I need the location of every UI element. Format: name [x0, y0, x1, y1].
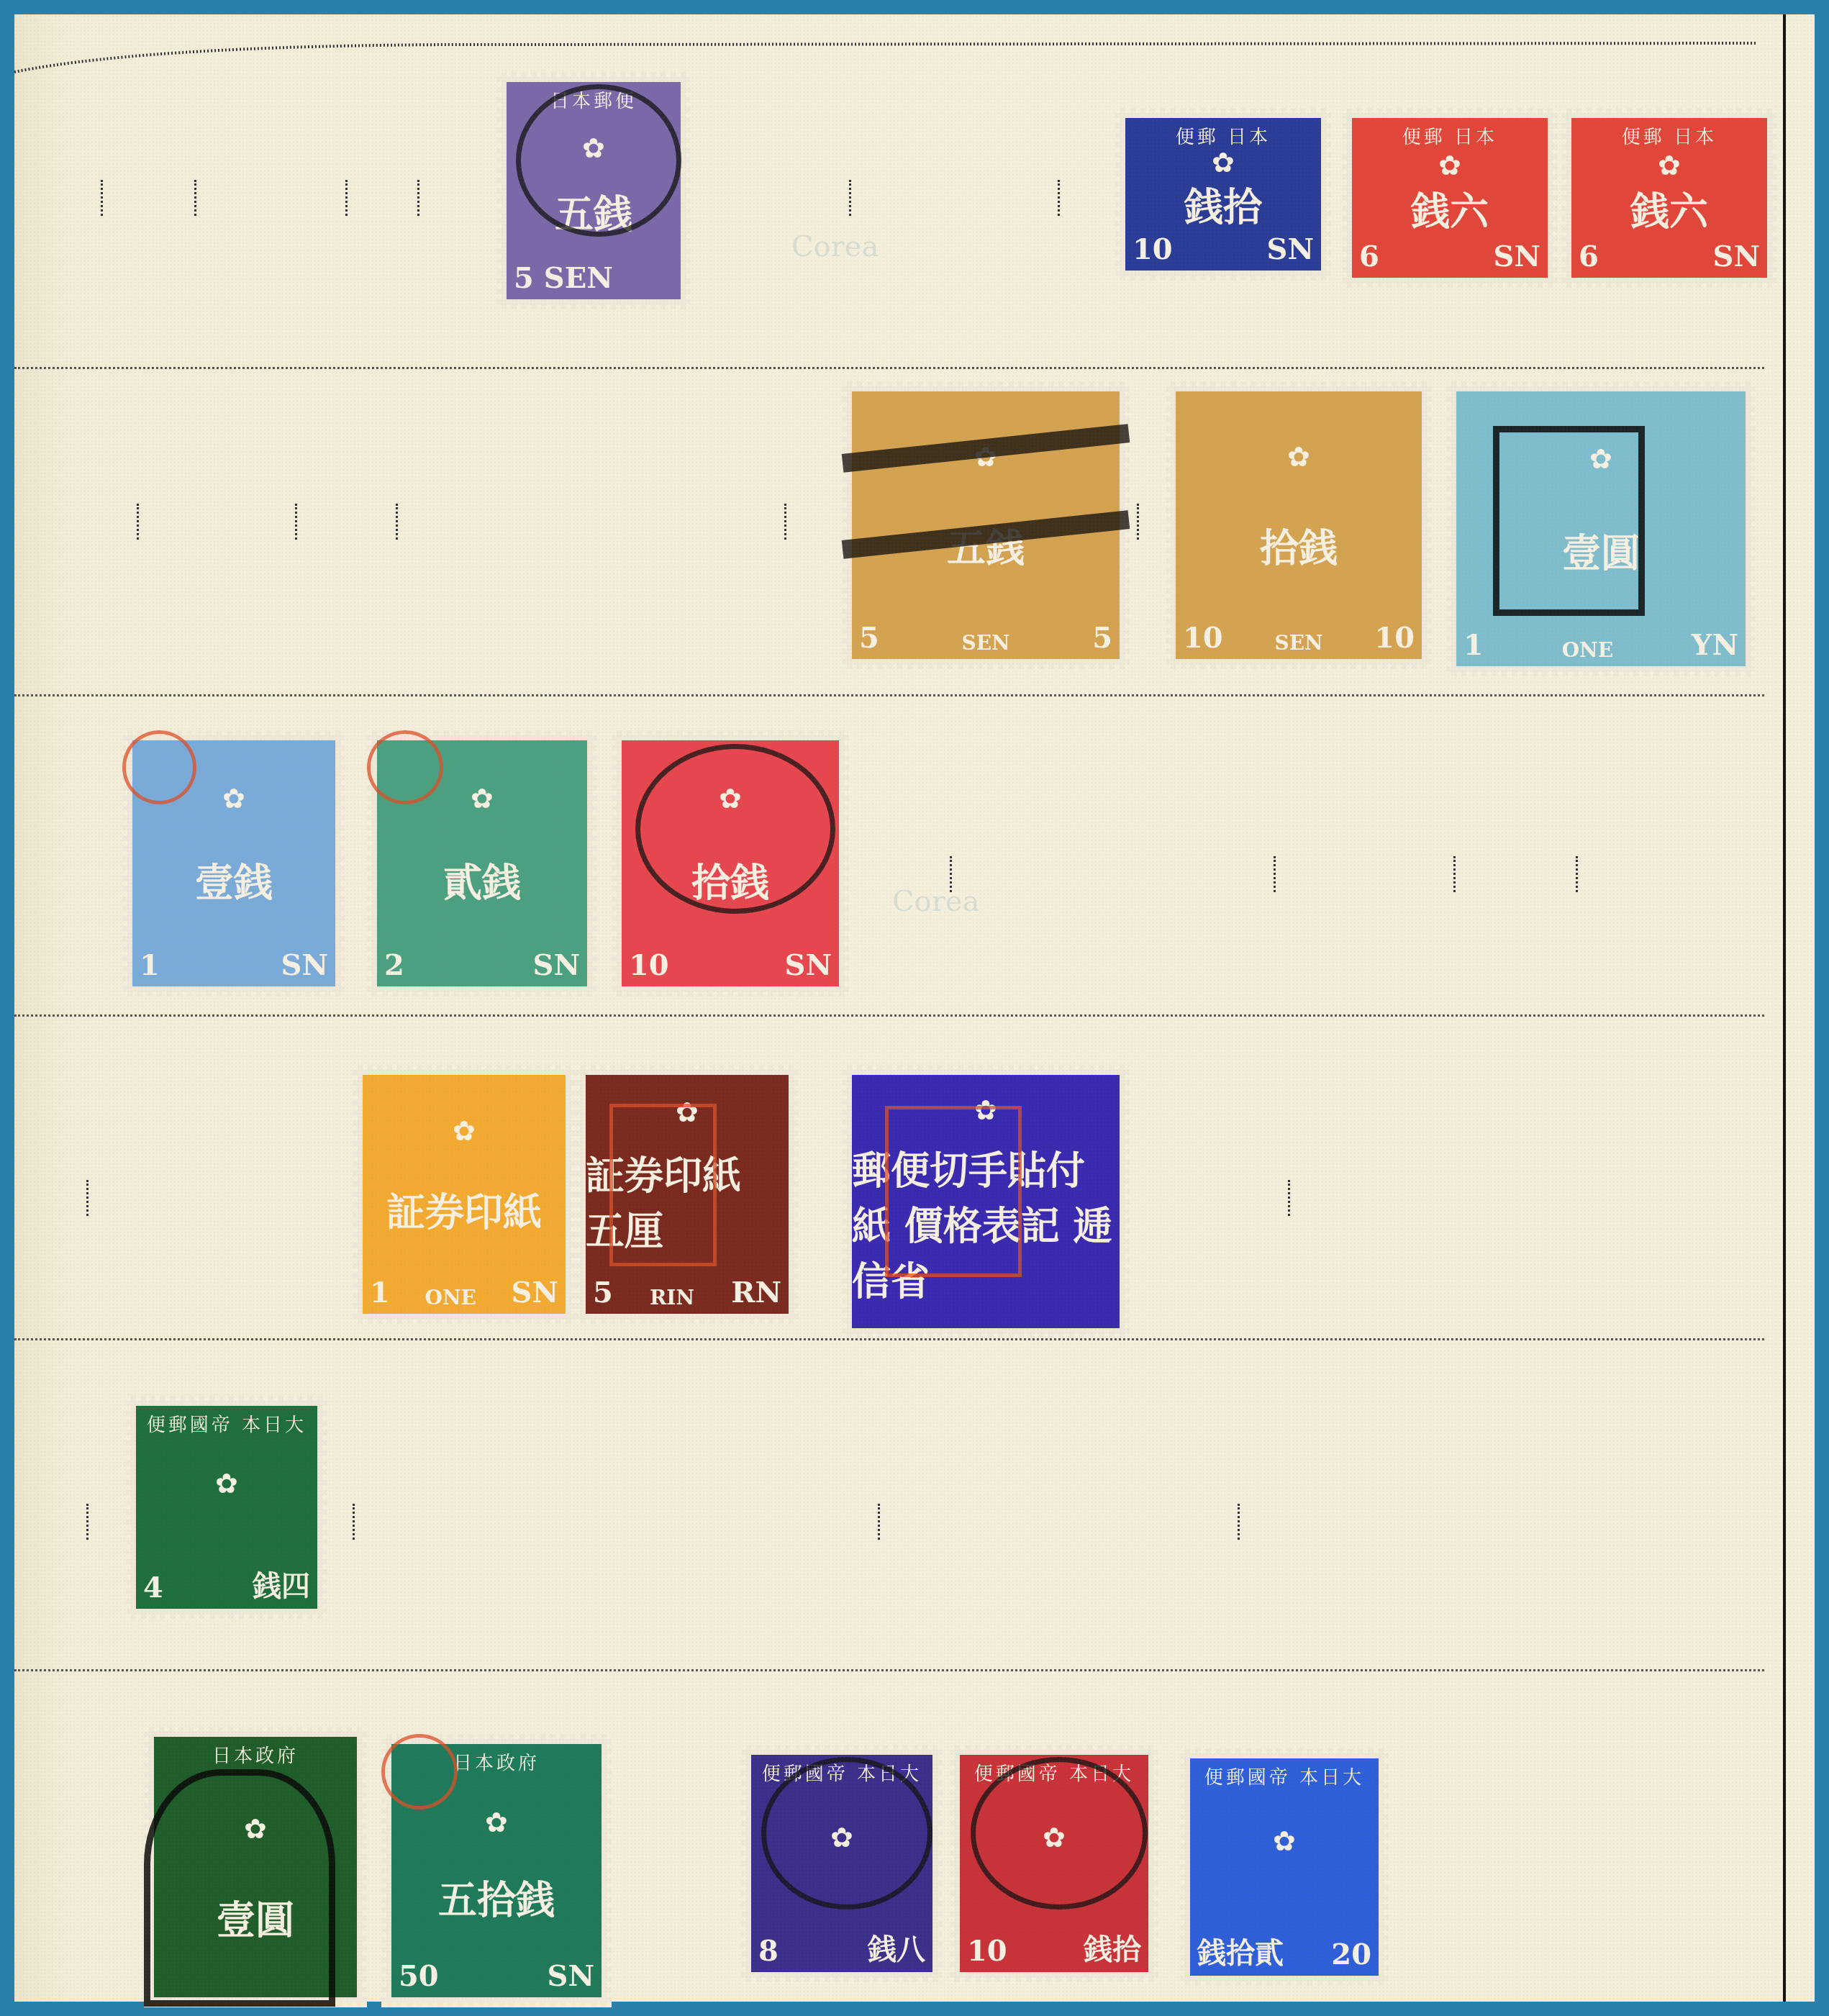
stamp-revenue-10-sen-red: ✿拾銭10SN [612, 730, 849, 996]
stamp-top-text [1456, 391, 1746, 396]
stamp-value-left: 5 SEN [514, 261, 613, 295]
stamp-top-text: 便郵國帝 本日大 [751, 1755, 932, 1786]
stamp-value-left: 10 [629, 948, 669, 982]
stamp-securities-1-sen-orange: ✿証券印紙1ONESN [353, 1065, 576, 1324]
stamp-center-text: 拾銭 [691, 853, 769, 908]
stamp-value-left: 8 [758, 1934, 779, 1968]
tick-mark [878, 1504, 880, 1540]
stamp-face: 便郵 日本✿銭拾10SN [1125, 118, 1321, 271]
stamp-top-text: 便郵 日本 [1352, 118, 1548, 149]
chrysanthemum-icon: ✿ [974, 1096, 997, 1124]
chrysanthemum-icon: ✿ [1589, 445, 1612, 473]
stamp-value-left: 1 [370, 1276, 390, 1309]
tick-mark [1058, 180, 1060, 216]
chrysanthemum-icon: ✿ [974, 443, 997, 471]
stamp-mount-fuji-20-sen: 便郵國帝 本日大✿銭拾貳20 [1180, 1748, 1389, 1986]
stamp-value-left: 1 [1463, 628, 1484, 662]
stamp-value-mid: SEN [961, 631, 1009, 655]
chrysanthemum-icon: ✿ [1438, 152, 1461, 179]
stamp-center-text: 五銭 [555, 184, 632, 240]
row-divider [14, 367, 1764, 369]
stamp-value-right: SN [281, 948, 328, 982]
stamp-top-text: 便郵 日本 [1125, 118, 1321, 149]
stamp-face: 便郵國帝 本日大✿10銭拾 [960, 1755, 1148, 1972]
stamp-top-text [852, 391, 1120, 396]
tick-mark [1576, 856, 1578, 892]
chrysanthemum-icon: ✿ [830, 1824, 853, 1851]
stamp-top-text: 日本郵便 [507, 82, 681, 113]
chrysanthemum-icon: ✿ [1212, 149, 1235, 176]
stamp-center-text: 壹圓 [217, 1890, 294, 1945]
stamp-center-text: 五拾銭 [438, 1870, 555, 1925]
stamp-center-text: 郵便切手貼付紙 價格表記 逓信省 [852, 1140, 1120, 1307]
stamp-value-right: SN [785, 948, 832, 982]
stamp-face: 便郵 日本✿銭六6SN [1352, 118, 1548, 278]
stamp-value-left: 10 [1183, 621, 1223, 655]
stamp-top-text [852, 1075, 1120, 1079]
chrysanthemum-icon: ✿ [1658, 152, 1681, 179]
stamp-top-text: 日本政府 [154, 1737, 357, 1768]
tick-mark [1137, 504, 1139, 540]
chrysanthemum-icon: ✿ [244, 1815, 267, 1843]
stamp-value-left: 10 [967, 1934, 1007, 1968]
stamp-value-left: 10 [1133, 232, 1173, 266]
stamp-face: 日本政府✿五拾銭50SN [391, 1744, 602, 1997]
stamp-top-text [586, 1075, 789, 1079]
stamp-revenue-2-sen-green: ✿貳銭2SN [367, 730, 597, 996]
stamp-revenue-1-sen-blue: ✿壹銭1SN [122, 730, 345, 996]
tick-mark [1274, 856, 1276, 892]
stamp-face: 日本郵便✿五銭5 SEN [507, 82, 681, 299]
stamp-value-left: 2 [384, 948, 404, 982]
stamp-securities-5-rin-brown: ✿証券印紙 五厘5RINRN [576, 1065, 799, 1324]
stamp-face: 便郵 日本✿銭六6SN [1571, 118, 1767, 278]
chrysanthemum-icon: ✿ [471, 785, 494, 812]
stamp-face: 便郵國帝 本日大✿8銭八 [751, 1755, 932, 1972]
stamp-face: ✿証券印紙 五厘5RINRN [586, 1075, 789, 1314]
tick-mark [353, 1504, 355, 1540]
stamp-face: 便郵國帝 本日大✿銭拾貳20 [1190, 1758, 1379, 1976]
chrysanthemum-icon: ✿ [222, 785, 245, 812]
chrysanthemum-icon: ✿ [485, 1809, 508, 1836]
chrysanthemum-icon: ✿ [719, 785, 742, 812]
stamp-value-left: 5 [859, 621, 879, 655]
tick-mark [396, 504, 398, 540]
stamp-revenue-1-yen-green-blue: 日本政府✿壹圓 [144, 1727, 367, 2007]
chrysanthemum-icon: ✿ [1287, 443, 1310, 471]
stamp-revenue-1-yen: ✿壹圓1ONEYN [1446, 381, 1756, 676]
stamp-top-text [1176, 391, 1422, 396]
stamp-face: ✿貳銭2SN [377, 740, 587, 986]
stamp-top-text: 便郵 日本 [1571, 118, 1767, 149]
stamp-value-mid: ONE [425, 1286, 476, 1309]
stamp-value-right: 10 [1374, 621, 1415, 655]
row-divider [14, 1014, 1764, 1017]
stamp-center-text: 証券印紙 [386, 1182, 542, 1238]
ghost-text: Corea [892, 885, 979, 918]
stamp-value-right: SN [1494, 240, 1540, 273]
stamp-value-left: 50 [399, 1959, 439, 1993]
stamp-value-right: SN [1713, 240, 1760, 273]
stamp-center-text: 銭六 [1411, 181, 1489, 237]
stamp-face: ✿壹銭1SN [132, 740, 335, 986]
row-divider [14, 694, 1764, 696]
stamp-value-right: SN [533, 948, 580, 982]
stamp-center-text: 五銭 [947, 518, 1025, 573]
tick-mark [1453, 856, 1456, 892]
stamp-value-mid: ONE [1562, 638, 1613, 662]
stamp-value-left: 5 [593, 1276, 613, 1309]
top-curved-rule [14, 29, 1777, 86]
stamp-value-right: YN [1692, 628, 1738, 662]
chrysanthemum-icon: ✿ [453, 1117, 476, 1145]
stamp-face: 便郵國帝 本日大✿4銭四 [136, 1406, 317, 1609]
stamp-value-right: 5 [1092, 621, 1112, 655]
stamp-top-text: 便郵國帝 本日大 [960, 1755, 1148, 1786]
tick-mark [86, 1180, 88, 1216]
tick-mark [1288, 1180, 1290, 1216]
stamp-value-mid: SEN [1274, 631, 1322, 655]
tick-mark [137, 504, 139, 540]
stamp-top-text [377, 740, 587, 745]
row-divider [14, 1669, 1764, 1671]
stamp-center-text: 銭拾 [1184, 177, 1262, 232]
tick-mark [784, 504, 786, 540]
tick-mark [86, 1504, 88, 1540]
stamp-face: ✿郵便切手貼付紙 價格表記 逓信省 [852, 1075, 1120, 1328]
stamp-postal-savings-violet: ✿郵便切手貼付紙 價格表記 逓信省 [842, 1065, 1130, 1338]
chrysanthemum-icon: ✿ [1273, 1827, 1296, 1855]
tick-mark [849, 180, 851, 216]
stamp-kasuga-shrine-8-sen: 便郵國帝 本日大✿8銭八 [741, 1745, 943, 1982]
stamp-top-text: 便郵國帝 本日大 [136, 1406, 317, 1437]
row-divider [14, 1338, 1764, 1340]
stamp-face: ✿証券印紙1ONESN [363, 1075, 566, 1314]
stamp-revenue-10-sen: ✿拾銭10SEN10 [1166, 381, 1432, 669]
chrysanthemum-icon: ✿ [582, 135, 605, 162]
stamp-face: ✿拾銭10SN [622, 740, 839, 986]
stamp-value-left: 6 [1359, 240, 1379, 273]
stamp-value-right: 銭四 [253, 1563, 310, 1604]
tick-mark [295, 504, 297, 540]
tick-mark [194, 180, 196, 216]
stamp-value-right: SN [1267, 232, 1314, 266]
stamp-value-left: 6 [1579, 240, 1599, 273]
stamp-value-right: 銭八 [868, 1927, 925, 1968]
stamp-value-right: RN [731, 1276, 781, 1309]
stamp-value-mid: RIN [650, 1286, 694, 1309]
tick-mark [101, 180, 103, 216]
stamp-mount-fuji-5-sen: 日本郵便✿五銭5 SEN [496, 72, 691, 309]
chrysanthemum-icon: ✿ [676, 1099, 699, 1126]
stamp-center-text: 壹圓 [1562, 523, 1640, 578]
stamp-value-right: SN [512, 1276, 558, 1309]
stamp-top-text [363, 1075, 566, 1079]
stamp-center-text: 貳銭 [443, 853, 521, 908]
tick-mark [417, 180, 419, 216]
stamp-nagoya-castle-10-sen: 便郵 日本✿銭拾10SN [1115, 108, 1331, 281]
stamp-center-text: 壹銭 [195, 853, 273, 908]
stamp-value-left: 1 [140, 948, 160, 982]
stamp-value-left: 銭拾貳 [1197, 1930, 1284, 1971]
stamp-face: ✿五銭5SEN5 [852, 391, 1120, 659]
stamp-value-right: SN [548, 1959, 594, 1993]
stamp-center-text: 銭六 [1630, 181, 1708, 237]
stamp-yomeimon-6-sen-b: 便郵 日本✿銭六6SN [1561, 108, 1777, 288]
stamp-general-nogi-4-sen: 便郵國帝 本日大✿4銭四 [126, 1396, 327, 1619]
stamp-face: ✿拾銭10SEN10 [1176, 391, 1422, 659]
stamp-value-right: 20 [1331, 1938, 1371, 1971]
stamp-value-right: 銭拾 [1084, 1927, 1141, 1968]
stamp-top-text: 日本政府 [391, 1744, 602, 1775]
stamp-center-text: 拾銭 [1260, 518, 1338, 573]
tick-mark [345, 180, 348, 216]
stamp-value-left: 4 [143, 1571, 163, 1604]
stamp-yomeimon-10-sen: 便郵國帝 本日大✿10銭拾 [950, 1745, 1158, 1982]
stamp-face: 日本政府✿壹圓 [154, 1737, 357, 1997]
chrysanthemum-icon: ✿ [1043, 1824, 1066, 1851]
margin-rule [1783, 14, 1786, 2002]
stamp-top-text [622, 740, 839, 745]
stamp-top-text [132, 740, 335, 745]
tick-mark [1238, 1504, 1240, 1540]
stamp-revenue-50-sen-green: 日本政府✿五拾銭50SN [381, 1734, 612, 2007]
stamp-face: ✿壹圓1ONEYN [1456, 391, 1746, 666]
stamp-revenue-5-sen: ✿五銭5SEN5 [842, 381, 1130, 669]
album-page: Corea Corea 日本郵便✿五銭5 SEN便郵 日本✿銭拾10SN便郵 日… [14, 14, 1815, 2002]
ghost-text: Corea [791, 230, 879, 263]
stamp-yomeimon-6-sen-a: 便郵 日本✿銭六6SN [1342, 108, 1558, 288]
chrysanthemum-icon: ✿ [215, 1470, 238, 1497]
stamp-top-text: 便郵國帝 本日大 [1190, 1758, 1379, 1789]
stamp-center-text: 証券印紙 五厘 [586, 1145, 789, 1256]
